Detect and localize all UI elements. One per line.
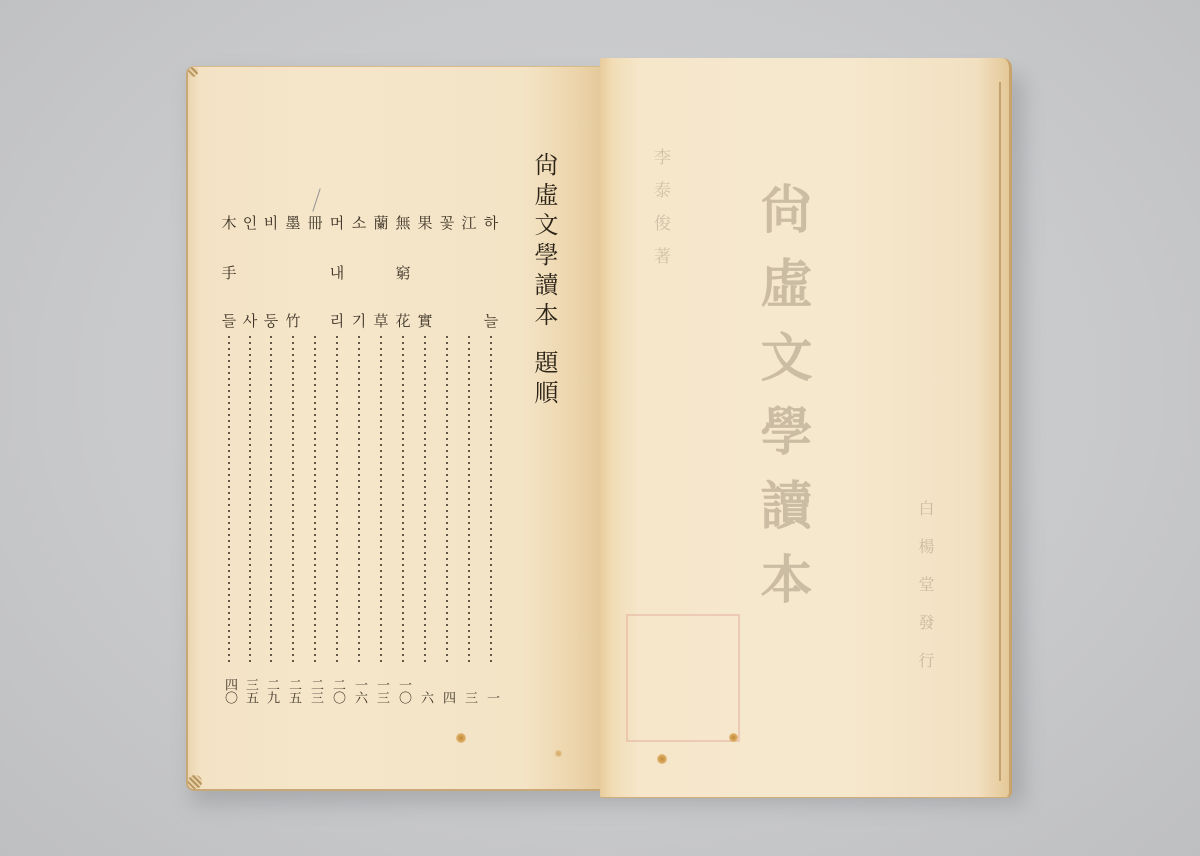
page-number: 六 xyxy=(417,668,433,704)
entry-text: 늘 xyxy=(484,312,499,330)
page-number: 四 xyxy=(439,668,455,704)
toc-entry: 인 사 三五 xyxy=(240,214,260,704)
leader-dots xyxy=(228,336,230,662)
toc-entry: 머 내 리 二〇 xyxy=(327,214,347,704)
leader-dots xyxy=(358,336,360,662)
page-number: 一 xyxy=(483,668,499,704)
page-number: 一三 xyxy=(373,668,389,704)
entry-text: 竹 xyxy=(285,312,300,330)
toc-entry: 江 三 xyxy=(459,214,479,704)
toc-label: 題順 xyxy=(532,350,556,410)
ghost-author-text: 李泰俊著 xyxy=(648,148,673,280)
entry-text: 사 xyxy=(243,312,258,330)
page-number: 三五 xyxy=(242,668,258,704)
foxing-spot xyxy=(555,750,562,757)
leader-dots xyxy=(270,336,272,662)
page-number: 一六 xyxy=(351,668,367,704)
toc-entry: 木 手 들 四〇 xyxy=(219,214,239,704)
entry-text: 둥 xyxy=(264,312,279,330)
entry-text: 인 xyxy=(243,214,258,232)
entry-text: 木 xyxy=(221,214,236,232)
entry-text: 내 xyxy=(330,264,345,282)
entry-text: 窮 xyxy=(395,264,410,282)
toc-entry: 冊 二三 xyxy=(305,214,325,704)
toc-entry: 비 둥 二九 xyxy=(261,214,281,704)
leader-dots xyxy=(490,336,492,662)
entry-text: 手 xyxy=(221,264,236,282)
page-number: 三 xyxy=(461,668,477,704)
page-edge xyxy=(999,82,1001,781)
entry-text: 머 xyxy=(330,214,345,232)
entry-text: 墨 xyxy=(285,214,300,232)
leader-dots xyxy=(468,336,470,662)
worn-corner xyxy=(188,67,198,77)
open-book: 李泰俊著 尙虛文學讀本 白楊堂發行 尙虛文學讀本 題順 하 늘 一 江 三 꽃 … xyxy=(0,0,1200,856)
leader-dots xyxy=(402,336,404,662)
toc-entry: 꽃 四 xyxy=(437,214,457,704)
toc-entry: 無 窮 花 一〇 xyxy=(393,214,413,704)
entry-text: 實 xyxy=(417,312,432,330)
ghost-seal-stamp xyxy=(626,614,740,742)
book-title: 尙虛文學讀本 xyxy=(532,152,556,332)
page-number: 四〇 xyxy=(221,668,237,704)
leader-dots xyxy=(249,336,251,662)
entry-text: 하 xyxy=(484,214,499,232)
entry-text: 소 xyxy=(352,214,367,232)
toc-heading: 尙虛文學讀本 題順 xyxy=(532,152,556,410)
toc-entry: 소 기 一六 xyxy=(349,214,369,704)
entry-text: 草 xyxy=(373,312,388,330)
page-number: 一〇 xyxy=(395,668,411,704)
entry-text: 無 xyxy=(395,214,410,232)
leader-dots xyxy=(314,336,316,662)
worn-corner xyxy=(188,775,202,789)
foxing-spot xyxy=(456,733,466,743)
entry-text: 蘭 xyxy=(373,214,388,232)
leader-dots xyxy=(380,336,382,662)
foxing-spot xyxy=(657,754,667,764)
page-number: 二〇 xyxy=(329,668,345,704)
entry-text: 비 xyxy=(264,214,279,232)
entry-text: 꽃 xyxy=(440,214,455,232)
leader-dots xyxy=(292,336,294,662)
page-number: 二九 xyxy=(263,668,279,704)
toc-entry: 墨 竹 二五 xyxy=(283,214,303,704)
leader-dots xyxy=(424,336,426,662)
ghost-publisher-text: 白楊堂發行 xyxy=(914,500,937,690)
toc-entry: 果 實 六 xyxy=(415,214,435,704)
entry-text: 冊 xyxy=(307,214,322,232)
page-number: 二三 xyxy=(307,668,323,704)
toc-entry: 하 늘 一 xyxy=(481,214,501,704)
entry-text: 果 xyxy=(417,214,432,232)
entry-text: 기 xyxy=(352,312,367,330)
page-number: 二五 xyxy=(285,668,301,704)
leader-dots xyxy=(336,336,338,662)
leader-dots xyxy=(446,336,448,662)
entry-text: 리 xyxy=(330,312,345,330)
entry-text: 花 xyxy=(395,312,410,330)
foxing-spot xyxy=(729,733,738,742)
entry-text: 江 xyxy=(461,214,476,232)
toc-entry: 蘭 草 一三 xyxy=(371,214,391,704)
entry-text: 들 xyxy=(222,312,237,330)
ghost-title-text: 尙虛文學讀本 xyxy=(755,182,807,626)
